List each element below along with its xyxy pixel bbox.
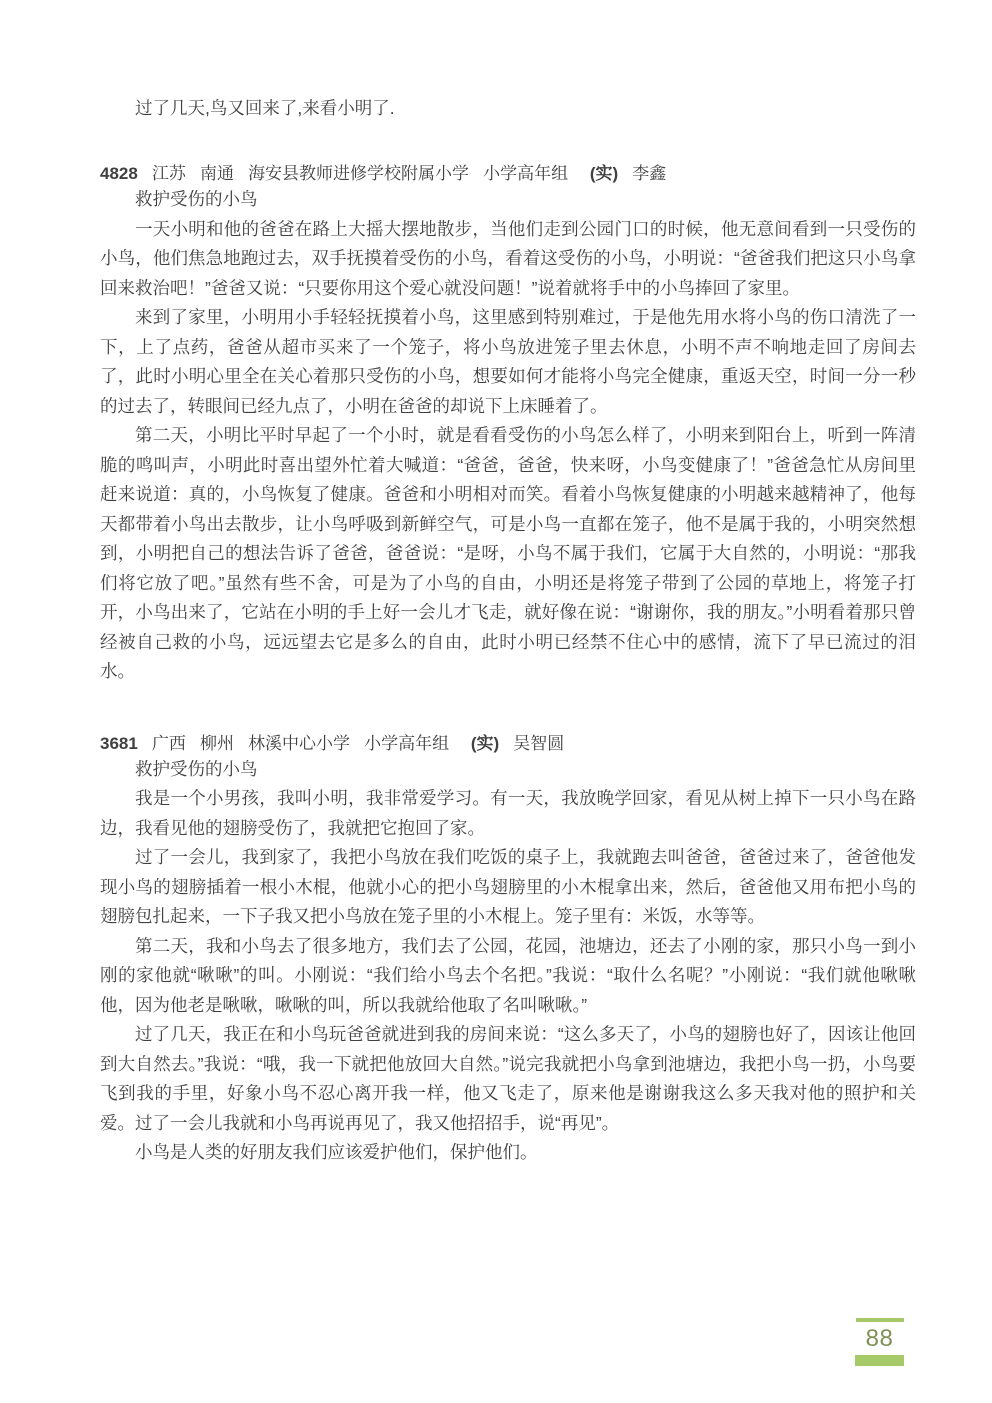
entry-id: 3681 — [100, 734, 138, 753]
essay-title: 救护受伤的小鸟 — [100, 755, 916, 785]
essay-paragraph: 第二天，小明比平时早起了一个小时，就是看看受伤的小鸟怎么样了，小明来到阳台上，听… — [100, 421, 916, 687]
footer-rule-bottom — [855, 1355, 904, 1366]
essay-title: 救护受伤的小鸟 — [100, 185, 916, 215]
essay-paragraph: 来到了家里，小明用小手轻轻抚摸着小鸟，这里感到特别难过，于是他先用水将小鸟的伤口… — [100, 303, 916, 421]
essay-paragraph: 一天小明和他的爸爸在路上大摇大摆地散步，当他们走到公园门口的时候，他无意间看到一… — [100, 215, 916, 304]
entry-city: 柳州 — [200, 734, 234, 753]
essay-paragraph: 过了一会儿，我到家了，我把小鸟放在我们吃饭的桌子上，我就跑去叫爸爸，爸爸过来了，… — [100, 843, 916, 932]
essay-paragraph: 第二天，我和小鸟去了很多地方，我们去了公园，花园，池塘边，还去了小刚的家，那只小… — [100, 932, 916, 1021]
entry-tag: (实) — [471, 734, 499, 753]
entry-group: 小学高年组 — [364, 734, 449, 753]
entry-header-2: 3681 广西 柳州 林溪中心小学 小学高年组 (实) 吴智圆 — [100, 733, 916, 755]
entry-school: 海安县教师进修学校附属小学 — [248, 164, 469, 183]
entry-author: 吴智圆 — [513, 734, 564, 753]
intro-line: 过了几天,鸟又回来了,来看小明了. — [100, 97, 916, 119]
entry-header-1: 4828 江苏 南通 海安县教师进修学校附属小学 小学高年组 (实) 李鑫 — [100, 163, 916, 185]
page-content: 过了几天,鸟又回来了,来看小明了. 4828 江苏 南通 海安县教师进修学校附属… — [100, 0, 916, 1168]
entry-tag: (实) — [590, 164, 618, 183]
essay-paragraph: 过了几天，我正在和小鸟玩爸爸就进到我的房间来说：“这么多天了，小鸟的翅膀也好了，… — [100, 1020, 916, 1138]
essay-2: 救护受伤的小鸟 我是一个小男孩，我叫小明，我非常爱学习。有一天，我放晚学回家，看… — [100, 755, 916, 1168]
entry-region: 广西 — [152, 734, 186, 753]
entry-group: 小学高年组 — [483, 164, 568, 183]
essay-1: 救护受伤的小鸟 一天小明和他的爸爸在路上大摇大摆地散步，当他们走到公园门口的时候… — [100, 185, 916, 687]
essay-paragraph: 小鸟是人类的好朋友我们应该爱护他们，保护他们。 — [100, 1138, 916, 1168]
entry-city: 南通 — [200, 164, 234, 183]
page-number-block: 88 — [855, 1318, 904, 1366]
entry-region: 江苏 — [152, 164, 186, 183]
entry-id: 4828 — [100, 164, 138, 183]
page-number: 88 — [855, 1322, 904, 1355]
entry-school: 林溪中心小学 — [248, 734, 350, 753]
essay-paragraph: 我是一个小男孩，我叫小明，我非常爱学习。有一天，我放晚学回家，看见从树上掉下一只… — [100, 784, 916, 843]
document-page: 过了几天,鸟又回来了,来看小明了. 4828 江苏 南通 海安县教师进修学校附属… — [0, 0, 992, 1403]
entry-author: 李鑫 — [632, 164, 666, 183]
